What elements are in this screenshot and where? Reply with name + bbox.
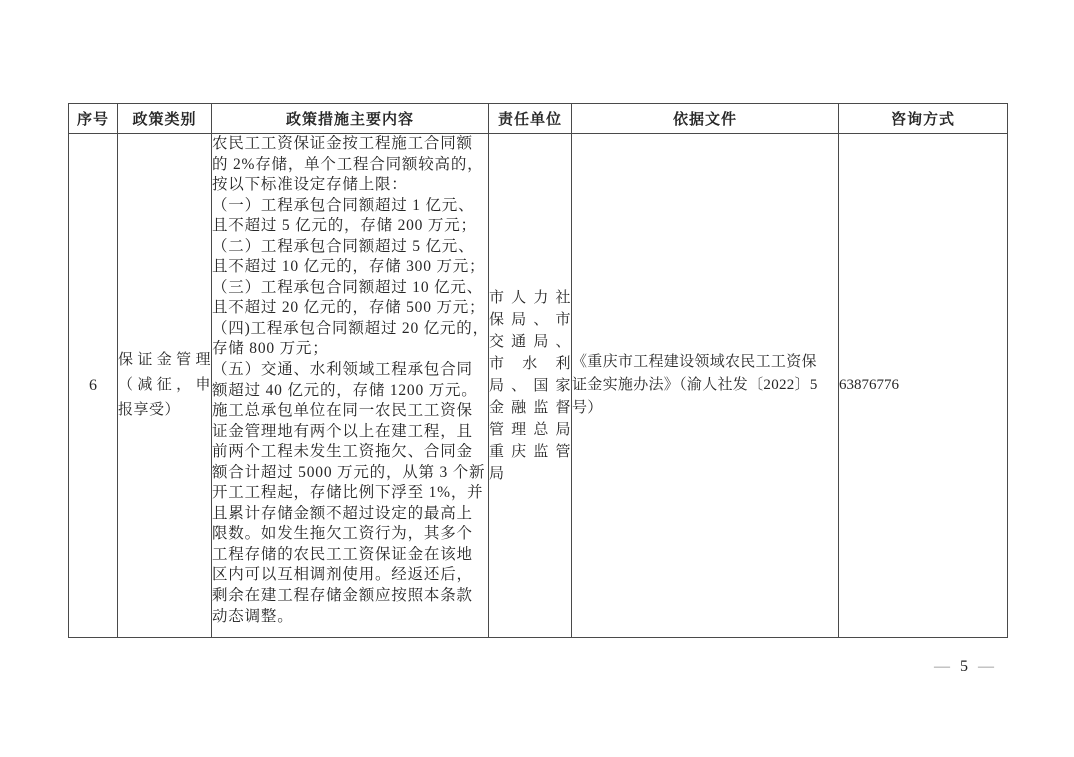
- text-line: 施工总承包单位在同一农民工工资保: [212, 401, 488, 422]
- text-line: 区内可以互相调剂使用。经返还后，: [212, 565, 488, 586]
- header-responsible-unit: 责任单位: [489, 104, 572, 134]
- footer-page-number: 5: [960, 658, 968, 675]
- document-page: 序号 政策类别 政策措施主要内容 责任单位 依据文件 咨询方式 6 保证金管理（…: [0, 0, 1074, 757]
- text-line: 工程存储的农民工工资保证金在该地: [212, 545, 488, 566]
- text-line: 重庆监管: [489, 441, 571, 463]
- text-line: （四)工程承包合同额超过 20 亿元的，: [212, 319, 488, 340]
- text-line: 开工工程起，存储比例下浮至 1%，并: [212, 483, 488, 504]
- text-line: 存储 800 万元；: [212, 339, 488, 360]
- text-line: 且不超过 20 亿元的，存储 500 万元；: [212, 298, 488, 319]
- page-footer: —5—: [934, 658, 994, 676]
- text-line: 保局、市: [489, 309, 571, 331]
- text-line: （五）交通、水利领域工程承包合同: [212, 360, 488, 381]
- text-line: （一）工程承包合同额超过 1 亿元、: [212, 196, 488, 217]
- text-line: 且不超过 10 亿元的，存储 300 万元；: [212, 257, 488, 278]
- header-basis-document: 依据文件: [572, 104, 839, 134]
- text-line: 动态调整。: [212, 607, 488, 628]
- text-line: 按以下标准设定存储上限：: [212, 175, 488, 196]
- text-line: 剩余在建工程存储金额应按照本条款: [212, 586, 488, 607]
- text-line: 交通局、: [489, 331, 571, 353]
- text-line: 且累计存储金额不超过设定的最高上: [212, 504, 488, 525]
- text-line: 局: [489, 463, 571, 485]
- text-line: 限数。如发生拖欠工资行为，其多个: [212, 524, 488, 545]
- text-line: （三）工程承包合同额超过 10 亿元、: [212, 278, 488, 299]
- table-header-row: 序号 政策类别 政策措施主要内容 责任单位 依据文件 咨询方式: [69, 104, 1008, 134]
- basis-document-text: 《重庆市工程建设领域农民工工资保证金实施办法》（渝人社发〔2022〕5号）: [572, 351, 838, 420]
- header-contact-method: 咨询方式: [839, 104, 1008, 134]
- text-line: 的 2%存储，单个工程合同额较高的，: [212, 155, 488, 176]
- header-index: 序号: [69, 104, 118, 134]
- text-line: （减征，申: [118, 373, 211, 398]
- cell-policy-category: 保证金管理（减征，申报享受）: [118, 134, 212, 638]
- text-line: 证金管理地有两个以上在建工程，且: [212, 422, 488, 443]
- text-line: 市人力社: [489, 287, 571, 309]
- text-line: 市水利: [489, 353, 571, 375]
- text-line: （二）工程承包合同额超过 5 亿元、: [212, 237, 488, 258]
- text-line: 报享受）: [118, 398, 211, 423]
- footer-dash-right: —: [978, 658, 994, 675]
- footer-dash-left: —: [934, 658, 950, 675]
- text-line: 金融监督: [489, 397, 571, 419]
- text-line: 且不超过 5 亿元的，存储 200 万元；: [212, 216, 488, 237]
- text-line: 农民工工资保证金按工程施工合同额: [212, 134, 488, 155]
- policy-table: 序号 政策类别 政策措施主要内容 责任单位 依据文件 咨询方式 6 保证金管理（…: [68, 103, 1008, 638]
- table-row: 6 保证金管理（减征，申报享受） 农民工工资保证金按工程施工合同额的 2%存储，…: [69, 134, 1008, 638]
- text-line: 保证金管理: [118, 348, 211, 373]
- text-line: 前两个工程未发生工资拖欠、合同金: [212, 442, 488, 463]
- responsible-unit-text: 市人力社保局、市交通局、市水利局、国家金融监督管理总局重庆监管局: [489, 287, 571, 485]
- header-policy-category: 政策类别: [118, 104, 212, 134]
- text-line: 证金实施办法》（渝人社发〔2022〕5: [572, 374, 838, 397]
- cell-index: 6: [69, 134, 118, 638]
- policy-category-text: 保证金管理（减征，申报享受）: [118, 348, 211, 423]
- text-line: 局、国家: [489, 375, 571, 397]
- cell-basis-document: 《重庆市工程建设领域农民工工资保证金实施办法》（渝人社发〔2022〕5号）: [572, 134, 839, 638]
- cell-policy-content: 农民工工资保证金按工程施工合同额的 2%存储，单个工程合同额较高的，按以下标准设…: [212, 134, 489, 638]
- cell-responsible-unit: 市人力社保局、市交通局、市水利局、国家金融监督管理总局重庆监管局: [489, 134, 572, 638]
- header-policy-content: 政策措施主要内容: [212, 104, 489, 134]
- text-line: 额合计超过 5000 万元的，从第 3 个新: [212, 463, 488, 484]
- text-line: 额超过 40 亿元的，存储 1200 万元。: [212, 381, 488, 402]
- text-line: 管理总局: [489, 419, 571, 441]
- policy-content-text: 农民工工资保证金按工程施工合同额的 2%存储，单个工程合同额较高的，按以下标准设…: [212, 134, 488, 627]
- text-line: 号）: [572, 397, 838, 420]
- text-line: 《重庆市工程建设领域农民工工资保: [572, 351, 838, 374]
- cell-contact-method: 63876776: [839, 134, 1008, 638]
